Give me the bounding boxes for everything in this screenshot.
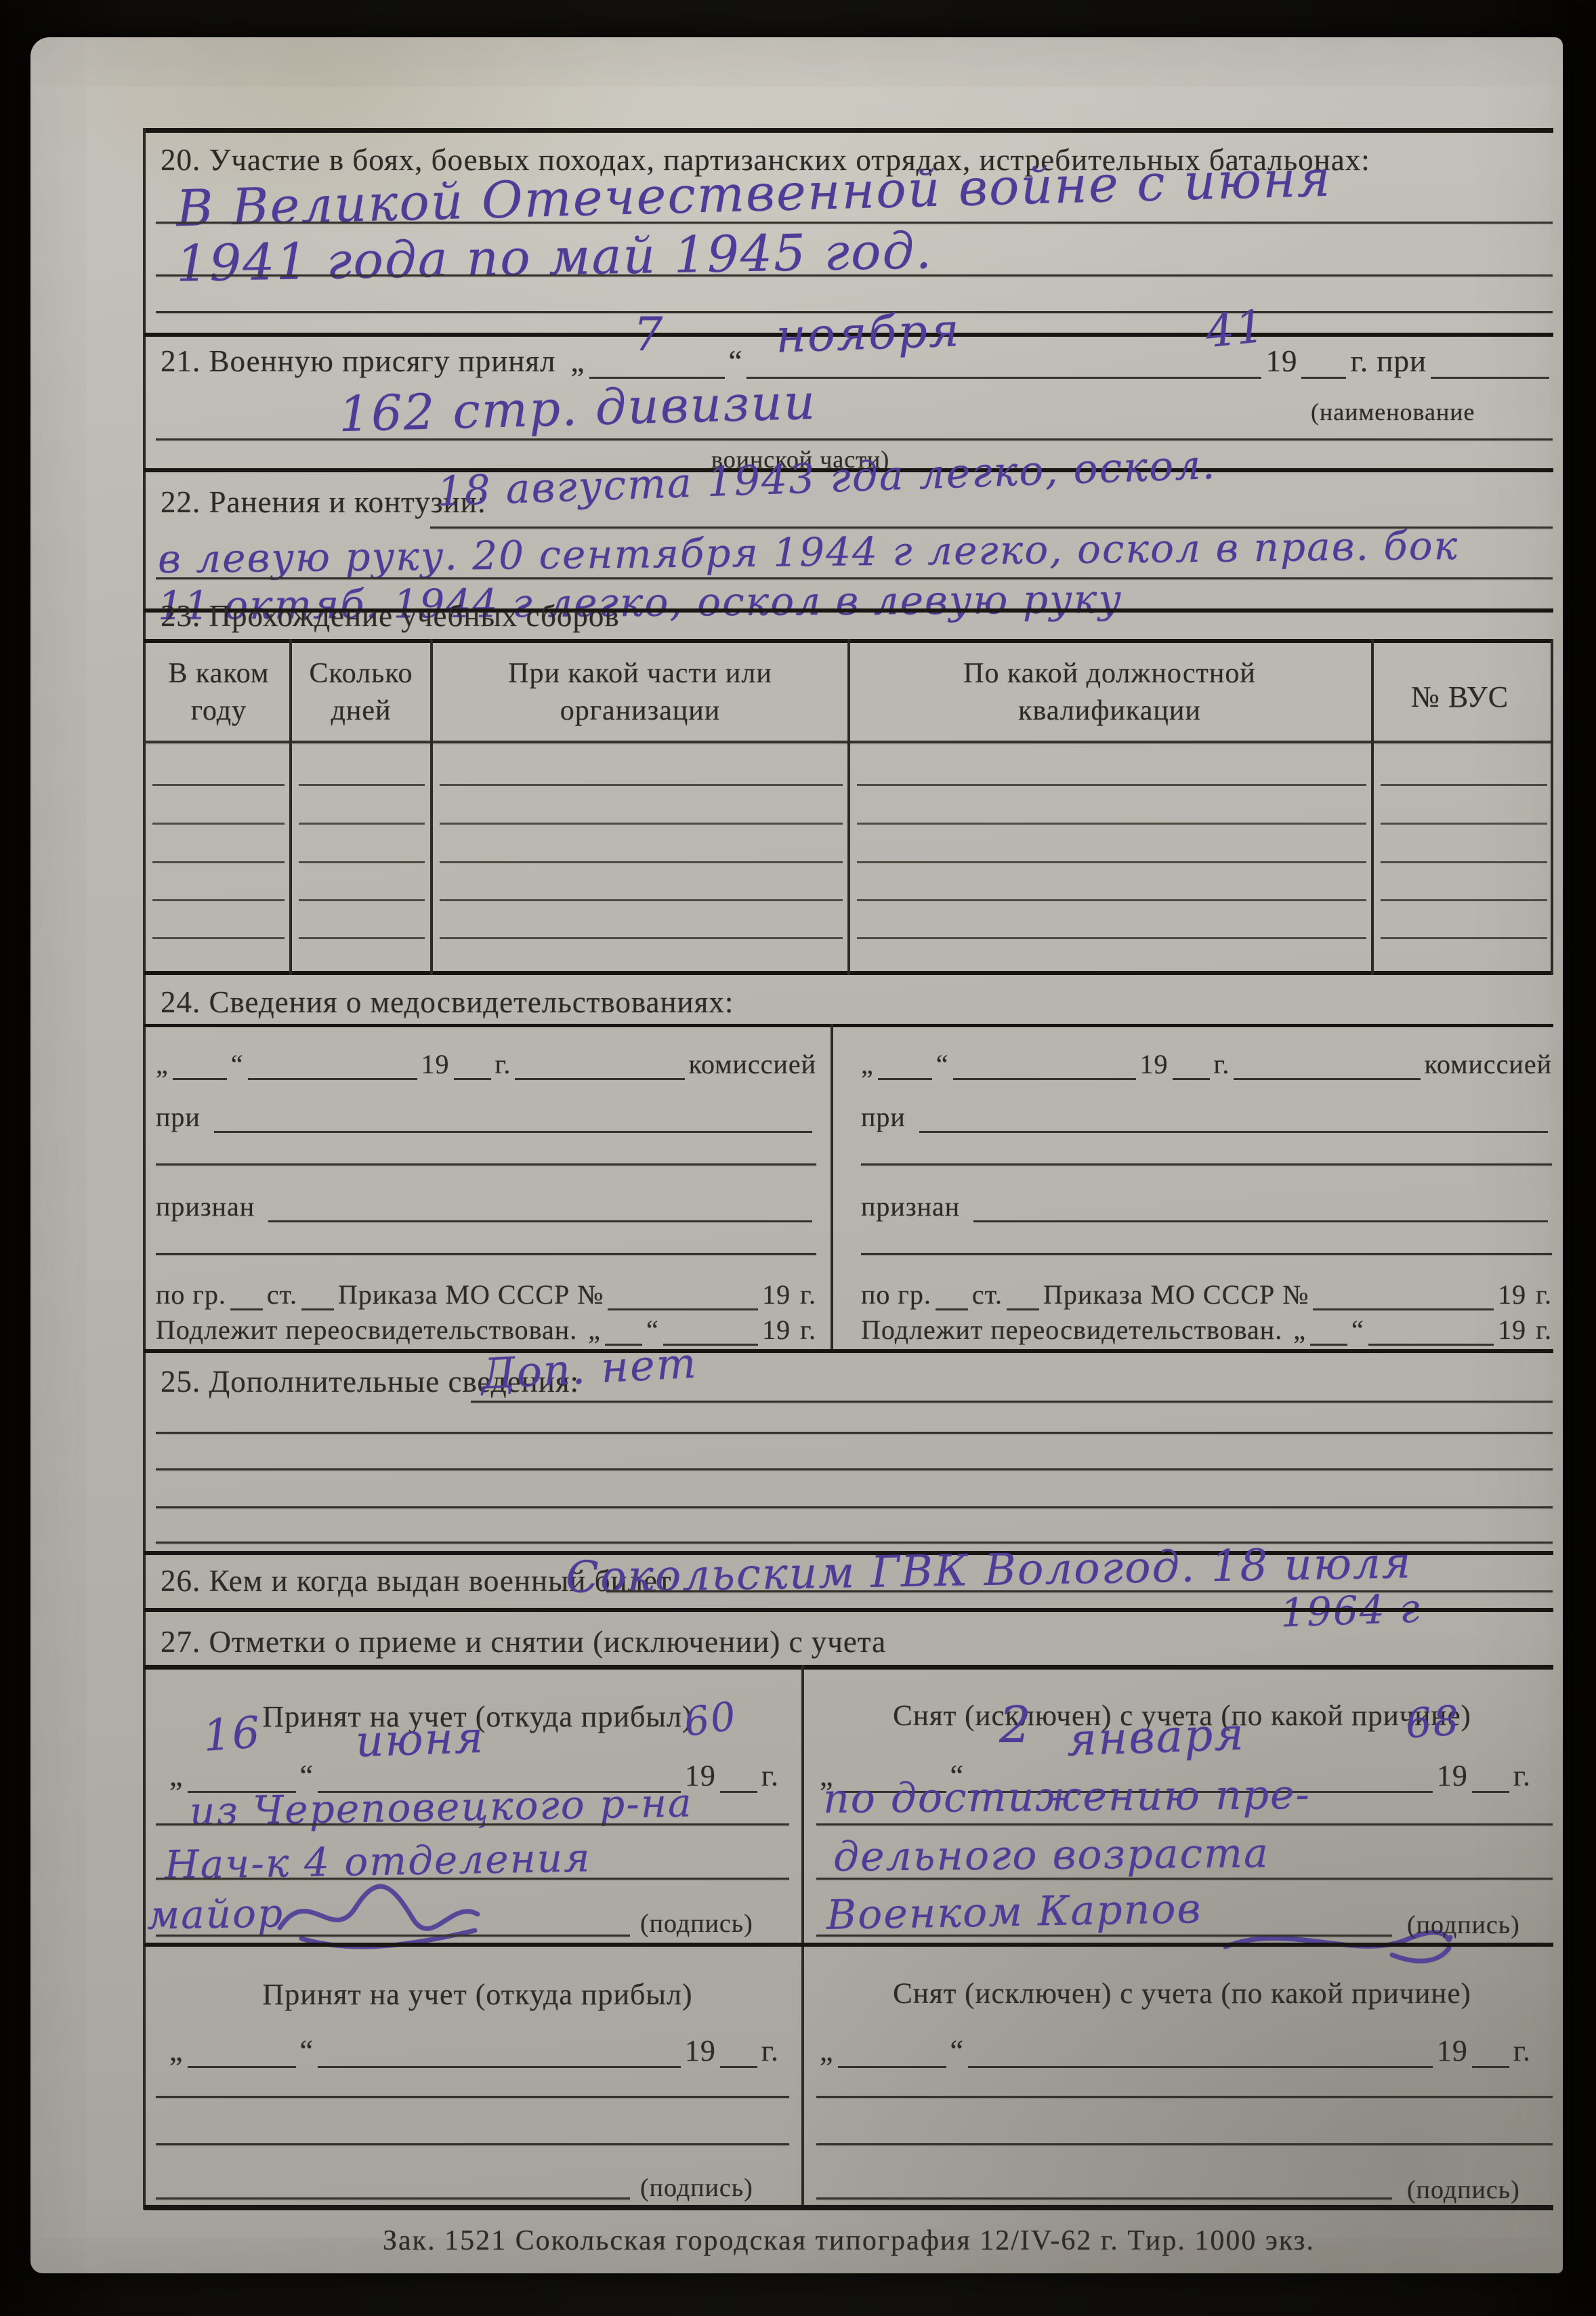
blank [973, 1214, 1548, 1222]
year-suffix: г. [1536, 1314, 1552, 1346]
year-suffix: г. [1513, 1758, 1531, 1793]
article-label: ст. [267, 1279, 297, 1310]
open-quote: „ [1293, 1314, 1306, 1346]
medical-order-line: по гр.ст.Приказа МО СССР №19г. [156, 1279, 816, 1310]
blank [454, 1071, 491, 1080]
removed-handwritten-month: января [1066, 1708, 1246, 1766]
blank [1310, 1337, 1347, 1346]
group-label: по гр. [156, 1279, 226, 1310]
blank [230, 1302, 263, 1310]
accepted-handwritten-month: июня [355, 1713, 486, 1768]
year-suffix: г. [1214, 1048, 1230, 1080]
accepted-header: Принят на учет (откуда прибыл) [166, 1975, 789, 2014]
blank [1007, 1302, 1039, 1310]
table-column-border [847, 639, 850, 975]
month-blank [747, 370, 1261, 379]
accepted-handwritten-year: 60 [681, 1693, 740, 1745]
open-quote: „ [571, 344, 585, 379]
signature-caption: (подпись) [1407, 2175, 1520, 2205]
writing-line [471, 1401, 1553, 1403]
at-label: при [861, 1101, 906, 1133]
table-cell-rule [857, 823, 1366, 825]
section21-handwritten-unit: 162 стр. дивизии [338, 373, 817, 442]
blank [268, 1214, 812, 1222]
table-cell-rule [152, 861, 285, 863]
writing-line [816, 2143, 1553, 2145]
section27-label: 27. Отметки о приеме и снятии (исключени… [161, 1624, 886, 1659]
order-label: Приказа МО СССР № [338, 1279, 604, 1310]
table-cell-rule [299, 899, 425, 901]
section21-handwritten-month: ноября [775, 304, 961, 363]
table-column-border [1371, 639, 1374, 975]
signature-line [156, 2197, 630, 2199]
removed-handwritten-year: 68 [1404, 1697, 1462, 1748]
medical-recognized-line: признан [156, 1191, 816, 1222]
blank [188, 2059, 296, 2068]
year-suffix: г. [761, 2033, 779, 2068]
section21-label: 21. Военную присягу принял [161, 344, 556, 379]
table-column-border [289, 639, 292, 975]
table-column-vus-header: № ВУС [1375, 678, 1545, 716]
section-divider [144, 1608, 1553, 1612]
signature-caption: (подпись) [640, 2173, 753, 2203]
close-quote: “ [950, 2033, 965, 2068]
table-right-border [1551, 639, 1553, 975]
blank [1173, 1071, 1210, 1080]
year-suffix: г. [495, 1048, 511, 1080]
blank [936, 1302, 968, 1310]
medical-at-line: при [156, 1101, 816, 1133]
blank [608, 1302, 758, 1310]
removed-handwriting-line2: дельного возраста [833, 1829, 1269, 1881]
year-prefix: 19 [685, 2033, 716, 2068]
medical-panel-left: „“19г.комиссией при признан по гр.ст.При… [156, 1033, 816, 1345]
section-divider [144, 1024, 1553, 1027]
blank [214, 1124, 812, 1133]
blank [1313, 1302, 1494, 1310]
table-cell-rule [440, 861, 843, 863]
open-quote: „ [156, 1048, 169, 1080]
year-prefix: 19 [1437, 1758, 1468, 1793]
year-prefix: 19 [421, 1048, 450, 1080]
removed-handwriting-line1: по достижению пре- [823, 1771, 1311, 1823]
removed-handwriting-signature: Военком Карпов [826, 1885, 1202, 1939]
blank [1368, 1337, 1494, 1346]
table-column-border [430, 639, 433, 975]
table-column-unit-header: При какой части или организации [491, 655, 789, 729]
writing-line [861, 1163, 1552, 1165]
frame-left-border [143, 128, 146, 2210]
print-shop-imprint: Зак. 1521 Сокольская городская типографи… [383, 2225, 1315, 2257]
close-quote: “ [300, 2033, 314, 2068]
table-cell-rule [152, 823, 285, 825]
writing-line [156, 1432, 1553, 1434]
writing-line [156, 1823, 789, 1825]
section25-handwriting: Доп. нет [480, 1338, 698, 1399]
signature-line [156, 1935, 630, 1937]
section21-note-name: (наименование [1311, 398, 1475, 426]
year-prefix: 19 [1265, 344, 1297, 379]
table-column-days-header: Сколько дней [296, 655, 426, 729]
table-cell-rule [152, 784, 285, 786]
medical-reexam-line: Подлежит переосвидетельствован.„“19г. [861, 1314, 1552, 1346]
open-quote: „ [861, 1048, 874, 1080]
table-cell-rule [299, 823, 425, 825]
table-cell-rule [857, 937, 1366, 939]
accepted-handwriting-rank: майор [146, 1890, 284, 1939]
section24-label: 24. Сведения о медосвидетельствованиях: [161, 985, 734, 1020]
section21-handwritten-year: 41 [1203, 300, 1268, 358]
group-label: по гр. [861, 1279, 931, 1310]
section21-handwritten-day: 7 [633, 308, 664, 362]
close-quote: “ [1351, 1314, 1364, 1346]
writing-line [156, 2096, 789, 2098]
recognized-label: признан [156, 1191, 255, 1222]
open-quote: „ [169, 1758, 184, 1793]
writing-line [156, 274, 1553, 276]
reexam-label: Подлежит переосвидетельствован. [156, 1314, 577, 1346]
accepted-handwriting-line1: из Череповецкого р-на [189, 1780, 693, 1835]
signature-caption: (подпись) [1407, 1910, 1520, 1940]
section20-handwriting-line2: 1941 года по май 1945 год. [175, 222, 933, 293]
blank [720, 2059, 757, 2068]
year-blank [1301, 370, 1346, 379]
table-cell-rule [1381, 823, 1547, 825]
at-label: при [156, 1101, 201, 1133]
table-cell-rule [440, 899, 843, 901]
table-cell-rule [857, 861, 1366, 863]
writing-line [816, 2096, 1553, 2098]
medical-date-line: „“19г.комиссией [861, 1048, 1552, 1080]
removed-date-line: „“19г. [820, 2033, 1531, 2068]
blank [318, 2059, 681, 2068]
removed-header: Снят (исключен) с учета (по какой причин… [816, 1975, 1548, 2013]
section22-handwriting-line2: в левую руку. 20 сентября 1944 г легко, … [158, 522, 1459, 582]
scan-background: 20. Участие в боях, боевых походах, парт… [0, 0, 1596, 2316]
form-bottom-border [144, 2205, 1553, 2210]
blank [720, 1784, 757, 1793]
writing-line [861, 1253, 1552, 1255]
document-paper: 20. Участие в боях, боевых походах, парт… [30, 37, 1563, 2273]
table-cell-rule [152, 937, 285, 939]
section-divider [144, 1665, 1553, 1670]
medical-reexam-line: Подлежит переосвидетельствован.„“19г. [156, 1314, 816, 1346]
year-prefix: 19 [1140, 1048, 1169, 1080]
commission-label: комиссией [1425, 1048, 1552, 1080]
signature-caption: (подпись) [640, 1909, 753, 1939]
blank [1472, 2059, 1509, 2068]
medical-panel-right: „“19г.комиссией при признан по гр.ст.При… [861, 1033, 1552, 1345]
blank [248, 1071, 417, 1080]
year-suffix: г. [1513, 2033, 1531, 2068]
close-quote: “ [231, 1048, 244, 1080]
section-divider [144, 1349, 1553, 1353]
table-cell-rule [299, 937, 425, 939]
medical-panels-divider [831, 1024, 833, 1349]
table-cell-rule [1381, 784, 1547, 786]
writing-line [156, 2143, 789, 2145]
medical-recognized-line: признан [861, 1191, 1552, 1222]
table-cell-rule [440, 823, 843, 825]
table-cell-rule [1381, 861, 1547, 863]
year-prefix: 19 [762, 1279, 791, 1310]
blank [919, 1124, 1548, 1133]
table-column-year-header: В каком году [151, 655, 287, 729]
signature-line [816, 1935, 1392, 1937]
table-cell-rule [1381, 899, 1547, 901]
accepted-date-line: „“19г. [169, 2033, 779, 2068]
year-prefix: 19 [1498, 1279, 1526, 1310]
table-cell-rule [1381, 937, 1547, 939]
frame-top-border [144, 128, 1553, 133]
table-cell-rule [857, 784, 1366, 786]
table-cell-rule [299, 861, 425, 863]
blank [953, 1071, 1136, 1080]
year-prefix: 19 [1437, 2033, 1468, 2068]
reexam-label: Подлежит переосвидетельствован. [861, 1314, 1282, 1346]
section21-at-label: г. при [1350, 344, 1427, 379]
table-cell-rule [857, 899, 1366, 901]
open-quote: „ [588, 1314, 601, 1346]
accepted-handwritten-day: 16 [202, 1708, 263, 1762]
writing-line [816, 1878, 1553, 1880]
blank [1472, 1784, 1509, 1793]
registration-panels-divider [801, 1665, 804, 2206]
medical-at-line: при [861, 1101, 1552, 1133]
medical-order-line: по гр.ст.Приказа МО СССР №19г. [861, 1279, 1552, 1310]
article-label: ст. [972, 1279, 1003, 1310]
blank [838, 2059, 946, 2068]
writing-line [156, 1468, 1553, 1470]
writing-line [156, 1506, 1553, 1508]
blank [301, 1302, 334, 1310]
close-quote: “ [729, 344, 743, 379]
writing-line [816, 1823, 1553, 1825]
year-suffix: г. [761, 1758, 779, 1793]
removed-handwritten-day: 2 [999, 1696, 1032, 1754]
signature-line [816, 2197, 1392, 2199]
close-quote: “ [936, 1048, 949, 1080]
blank [968, 2059, 1433, 2068]
unit-writing-line [156, 438, 1553, 440]
year-suffix: г. [1536, 1279, 1552, 1310]
order-label: Приказа МО СССР № [1043, 1279, 1309, 1310]
open-quote: „ [169, 2033, 184, 2068]
year-suffix: г. [800, 1314, 816, 1346]
recognized-label: признан [861, 1191, 960, 1222]
table-column-qualification-header: По какой должностной квалификации [906, 655, 1313, 729]
open-quote: „ [820, 2033, 834, 2068]
table-cell-rule [299, 784, 425, 786]
blank [173, 1071, 227, 1080]
medical-date-line: „“19г.комиссией [156, 1048, 816, 1080]
table-cell-rule [152, 899, 285, 901]
table-cell-rule [440, 784, 843, 786]
table-cell-rule [440, 937, 843, 939]
unit-blank [1431, 370, 1549, 379]
year-suffix: г. [800, 1279, 816, 1310]
commission-label: комиссией [689, 1048, 816, 1080]
writing-line [156, 1253, 816, 1255]
registration-row-divider [144, 1943, 1553, 1947]
blank [1234, 1071, 1420, 1080]
year-prefix: 19 [1498, 1314, 1526, 1346]
writing-line [156, 1163, 816, 1165]
blank [515, 1071, 684, 1080]
section23-label: 23. Прохождение учебных сборов [161, 598, 620, 634]
blank [878, 1071, 932, 1080]
year-prefix: 19 [762, 1314, 791, 1346]
